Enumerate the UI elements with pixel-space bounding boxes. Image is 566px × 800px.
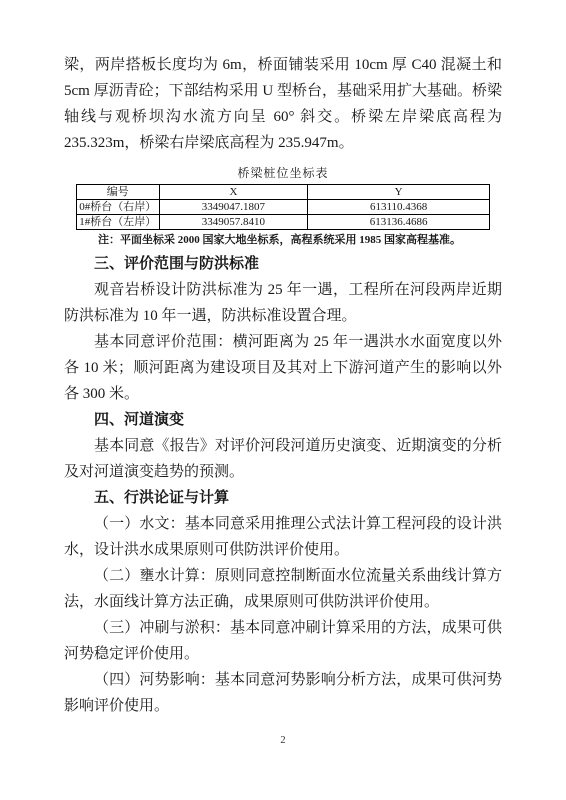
- cell-abutment-1-y: 613136.4686: [308, 215, 490, 230]
- table-title: 桥梁桩位坐标表: [64, 162, 502, 184]
- cell-abutment-1: 1#桥台（左岸）: [77, 215, 160, 230]
- table-header-row: 编号 X Y: [77, 185, 490, 200]
- table-header-y: Y: [308, 185, 490, 200]
- cell-abutment-0-y: 613110.4368: [308, 200, 490, 215]
- paragraph-river-evolution: 基本同意《报告》对评价河段河道历史演变、近期演变的分析及对河道演变趋势的预测。: [64, 433, 502, 485]
- section-heading-flood-calculation: 五、行洪论证与计算: [64, 485, 502, 511]
- paragraph-river-regime: （四）河势影响：基本同意河势影响分析方法，成果可供河势影响评价使用。: [64, 667, 502, 719]
- cell-abutment-0-x: 3349047.1807: [159, 200, 308, 215]
- paragraph-hydrology: （一）水文：基本同意采用推理公式法计算工程河段的设计洪水，设计洪水成果原则可供防…: [64, 511, 502, 563]
- table-header-x: X: [159, 185, 308, 200]
- paragraph-bridge-structure: 梁，两岸搭板长度均为 6m，桥面铺装采用 10cm 厚 C40 混凝土和 5cm…: [64, 52, 502, 156]
- table-row: 0#桥台（右岸） 3349047.1807 613110.4368: [77, 200, 490, 215]
- paragraph-scour-silting: （三）冲刷与淤积：基本同意冲刷计算采用的方法，成果可供河势稳定评价使用。: [64, 615, 502, 667]
- table-note: 注：平面坐标采 2000 国家大地坐标系，高程系统采用 1985 国家高程基准。: [64, 230, 502, 251]
- pile-coordinate-table: 编号 X Y 0#桥台（右岸） 3349047.1807 613110.4368…: [76, 184, 490, 230]
- section-heading-river-evolution: 四、河道演变: [64, 407, 502, 433]
- cell-abutment-0: 0#桥台（右岸）: [77, 200, 160, 215]
- cell-abutment-1-x: 3349057.8410: [159, 215, 308, 230]
- paragraph-evaluation-range: 基本同意评价范围：横河距离为 25 年一遇洪水水面宽度以外各 10 米；顺河距离…: [64, 329, 502, 407]
- table-row: 1#桥台（左岸） 3349057.8410 613136.4686: [77, 215, 490, 230]
- paragraph-flood-standard: 观音岩桥设计防洪标准为 25 年一遇，工程所在河段两岸近期防洪标准为 10 年一…: [64, 277, 502, 329]
- table-header-id: 编号: [77, 185, 160, 200]
- page-content: 梁，两岸搭板长度均为 6m，桥面铺装采用 10cm 厚 C40 混凝土和 5cm…: [64, 52, 502, 719]
- section-heading-evaluation-scope: 三、评价范围与防洪标准: [64, 251, 502, 277]
- page-number: 2: [0, 735, 566, 746]
- document-page: 梁，两岸搭板长度均为 6m，桥面铺装采用 10cm 厚 C40 混凝土和 5cm…: [0, 0, 566, 800]
- paragraph-backwater-calculation: （二）壅水计算：原则同意控制断面水位流量关系曲线计算方法，水面线计算方法正确，成…: [64, 563, 502, 615]
